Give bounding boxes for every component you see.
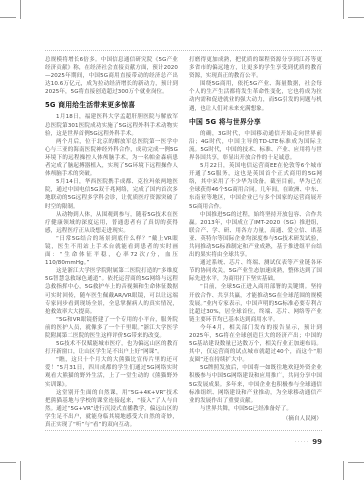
- bottom-dotted-rule: [45, 430, 322, 431]
- paragraph-continuation: 总规模将增长6倍多。中国信息通信研究院《5G产业经济贡献》称，在经济社会直接贡献…: [45, 56, 178, 96]
- paragraph: 1月18日，福建医科大学孟超肝胆医院与解放军总医院第301医院成功实施了5G远程…: [45, 113, 178, 137]
- left-column-paragraphs: 1月18日，福建医科大学孟超肝胆医院与解放军总医院第301医院成功实施了5G远程…: [45, 113, 178, 428]
- page-footer: ····· 99: [295, 438, 322, 446]
- right-column-lead-paragraphs: 围绕5G商用，依托5G产业、海量数据，社会每个人的生产生活都将发生革命性变化，它…: [189, 80, 322, 112]
- crop-mark-line: [20, 0, 21, 19]
- crop-mark-line: [20, 461, 21, 480]
- paragraph: 5月22日，英国电信运营商EE在伦敦等6个城市开通了5G服务，这也是英国首个正式…: [189, 162, 322, 211]
- section-heading-5g-commercial-life: 5G 商用给生活带来更多惊喜: [45, 101, 178, 110]
- paragraph: 的确，3G时代，中国移动通信开始走向世界前沿；4G时代，中国主导的TD-LTE标…: [189, 130, 322, 162]
- crop-mark-line: [348, 462, 364, 463]
- crop-mark-line: [0, 462, 16, 463]
- crop-mark-line: [348, 17, 364, 18]
- page-number: 99: [312, 438, 322, 446]
- paragraph-continuation: 打磨得更加成熟，把优质的课程资源分享到江苏等更多省市的偏远地方，让更多的学生享受…: [189, 56, 322, 80]
- paragraph: “5G和VR眼镜搭建了一个专用的小平台，服务院前的医护人员，就像多了一个千里眼。…: [45, 316, 178, 340]
- paragraph: 今年4月，相关部门发布的报告显示，预计到2025年，5G将在全球创造巨大的经济产…: [189, 324, 322, 364]
- paragraph: “日常5G结合的场景到底什么样？”戴上VR眼镜，医生不用站上手术台就能看到患者的…: [45, 235, 178, 267]
- crop-mark-line: [0, 17, 16, 18]
- paragraph: “瞧，这只十个月大的大熊猫比宣传片里的还可爱！”5月31日，四川成都的学生们通过…: [45, 356, 178, 388]
- paragraph: 这是浙江大学医学院附属第二医院打造的“多维度5G智慧急救绿色通道”。依托运营商的…: [45, 267, 178, 316]
- right-column: 打磨得更加成熟，把优质的课程资源分享到江苏等更多省市的偏远地方，让更多的学生享受…: [189, 56, 322, 428]
- right-column-paragraphs: 的确，3G时代，中国移动通信开始走向世界前沿；4G时代，中国主导的TD-LTE标…: [189, 130, 322, 413]
- paragraph: “目前，全球5G正进入商用部署的关键期。坚持开放合作、共享共赢，才能推动5G在全…: [189, 283, 322, 323]
- top-dotted-rule: [45, 50, 322, 51]
- paragraph: 5月14日，华西医院携手成都、克拉玛依两地医院，通过中国电信5G双千兆网络，完成…: [45, 178, 178, 210]
- crop-mark-line: [343, 461, 344, 480]
- paragraph: 围绕5G商用，依托5G产业、海量数据，社会每个人的生产生活都将发生革命性变化，它…: [189, 80, 322, 112]
- paragraph: 5G牌照发放后，中国将一如既往地欢迎外资企业积极参与中国5G网络建设和应用推广，…: [189, 364, 322, 404]
- paragraph: 两个月后，位于北京的解放军总医院第一医学中心与三亚的海南医院神经外科合作，成功完…: [45, 138, 178, 178]
- attribution: （摘自人民网）: [189, 415, 322, 423]
- paragraph: 5G技术不仅赋能城市医疗，也为偏远山区的教育打开新窗口，让山区学生足不出户上好“…: [45, 340, 178, 356]
- section-heading-china-5g-share: 中国 5G 将与世界分享: [189, 118, 322, 127]
- paragraph: 从动物到人体，从围观到参与，随着5G技术在医疗健康领域的深度运用，普通患者有了真…: [45, 211, 178, 235]
- footer-dots: ·····: [295, 439, 310, 446]
- paragraph: 通过系统、芯片、终端、测试仪表等产业链各环节的协同攻关，5G产业生态加速成熟，整…: [189, 259, 322, 283]
- paragraph: 这堂别开生面的自然课，用“5G+4K+VR”技术把熊猫基地与学校的课堂连接起来，…: [45, 389, 178, 428]
- crop-mark-line: [343, 0, 344, 19]
- left-column: 总规模将增长6倍多。中国信息通信研究院《5G产业经济贡献》称，在经济社会直接贡献…: [45, 56, 178, 428]
- paragraph: 与世界共舞，中国5G已经准备好了。: [189, 405, 322, 413]
- paragraph: 中国推进5G的过程，始终坚持开放包容、合作共赢。2013年，中国成立了IMT-2…: [189, 211, 322, 260]
